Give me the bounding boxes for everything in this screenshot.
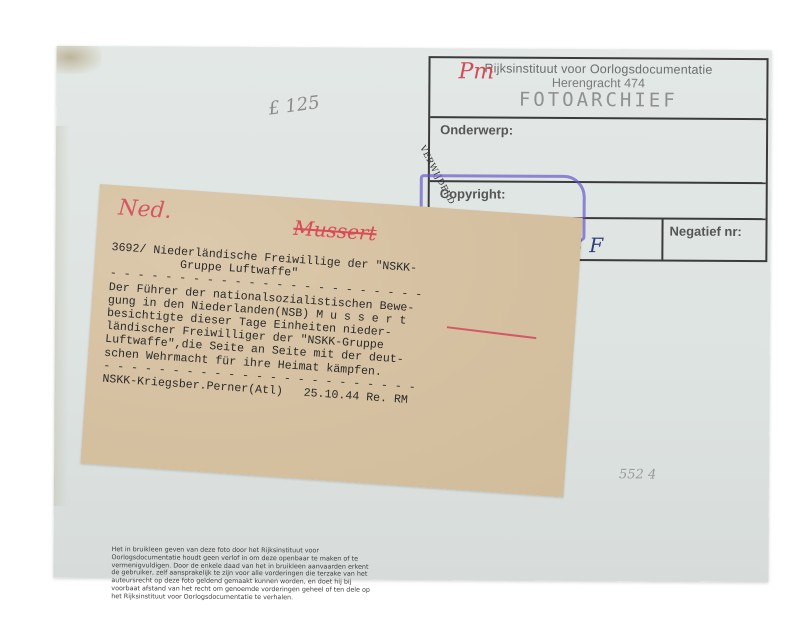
negatief-cell: Negatief nr: — [661, 220, 765, 261]
archive-title: FOTOARCHIEF — [430, 89, 766, 111]
stamp-header: Rijksinstituut voor Oorlogsdocumentatie … — [430, 58, 766, 120]
edge-stain — [54, 126, 70, 506]
negatief-label: Negatief nr: — [663, 220, 765, 240]
red-initials: Pm — [458, 59, 494, 84]
red-annotation-ned: Ned. — [118, 195, 173, 224]
red-annotation-struck: Mussert — [293, 216, 378, 246]
typewritten-caption: 3692/ Niederländische Freiwillige der "N… — [102, 241, 571, 418]
loan-notice: Het in bruikleen geven van deze foto doo… — [111, 546, 376, 602]
onderwerp-label: Onderwerp: — [430, 118, 766, 139]
caption-slip: Ned. Mussert 3692/ Niederländische Freiw… — [80, 184, 582, 497]
age-stain — [56, 46, 101, 74]
pencil-number: 552 4 — [619, 467, 656, 482]
pencil-price: £ 125 — [267, 92, 321, 120]
